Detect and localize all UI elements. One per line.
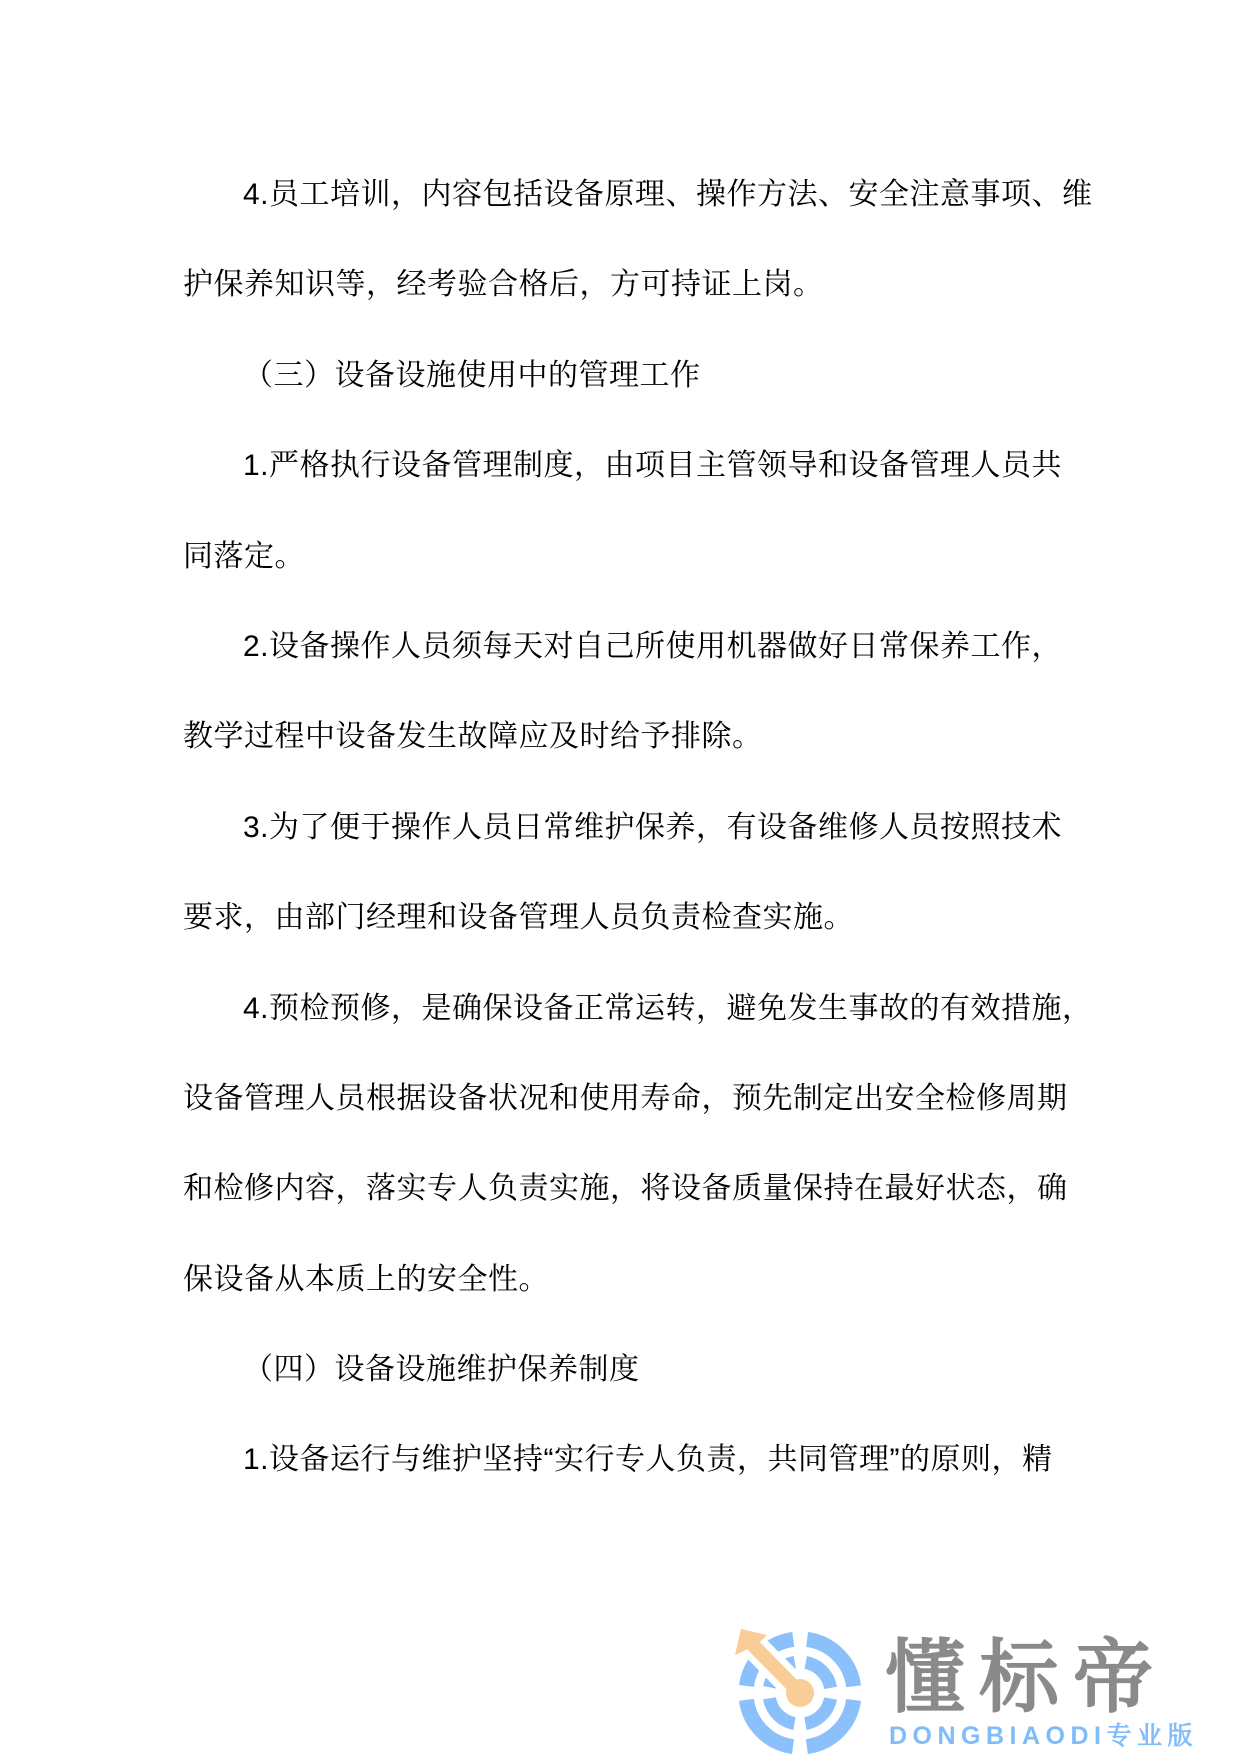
text-line: 设备管理人员根据设备状况和使用寿命，预先制定出安全检修周期	[183, 1054, 1088, 1144]
text-line: （四）设备设施维护保养制度	[183, 1325, 1088, 1415]
text-line: （三）设备设施使用中的管理工作	[183, 331, 1088, 421]
text-line: 保设备从本质上的安全性。	[183, 1235, 1088, 1325]
watermark: 懂标帝 DONGBIAODI专业版	[733, 1620, 1203, 1754]
text-line: 3.为了便于操作人员日常维护保养，有设备维修人员按照技术	[183, 783, 1088, 873]
brand-suffix-text: 专业版	[1107, 1722, 1199, 1750]
document-body: 4.员工培训，内容包括设备原理、操作方法、安全注意事项、维护保养知识等，经考验合…	[183, 150, 1088, 1506]
text-line: 1.设备运行与维护坚持“实行专人负责，共同管理”的原则，精	[183, 1415, 1088, 1505]
text-line: 要求，由部门经理和设备管理人员负责检查实施。	[183, 873, 1088, 963]
text-line: 4.预检预修，是确保设备正常运转，避免发生事故的有效措施，	[183, 964, 1088, 1054]
text-line: 护保养知识等，经考验合格后，方可持证上岗。	[183, 240, 1088, 330]
text-line: 同落定。	[183, 512, 1088, 602]
brand-name-en: DONGBIAODI专业版	[889, 1724, 1198, 1749]
brand-en-text: DONGBIAODI	[889, 1722, 1107, 1750]
target-arrow-icon	[733, 1625, 869, 1754]
text-line: 教学过程中设备发生故障应及时给予排除。	[183, 692, 1088, 782]
text-line: 4.员工培训，内容包括设备原理、操作方法、安全注意事项、维	[183, 150, 1088, 240]
document-page: 4.员工培训，内容包括设备原理、操作方法、安全注意事项、维护保养知识等，经考验合…	[0, 0, 1241, 1754]
text-line: 和检修内容，落实专人负责实施，将设备质量保持在最好状态，确	[183, 1144, 1088, 1234]
brand-name-cn: 懂标帝	[885, 1638, 1167, 1718]
text-line: 1.严格执行设备管理制度，由项目主管领导和设备管理人员共	[183, 421, 1088, 511]
text-line: 2.设备操作人员须每天对自己所使用机器做好日常保养工作，	[183, 602, 1088, 692]
